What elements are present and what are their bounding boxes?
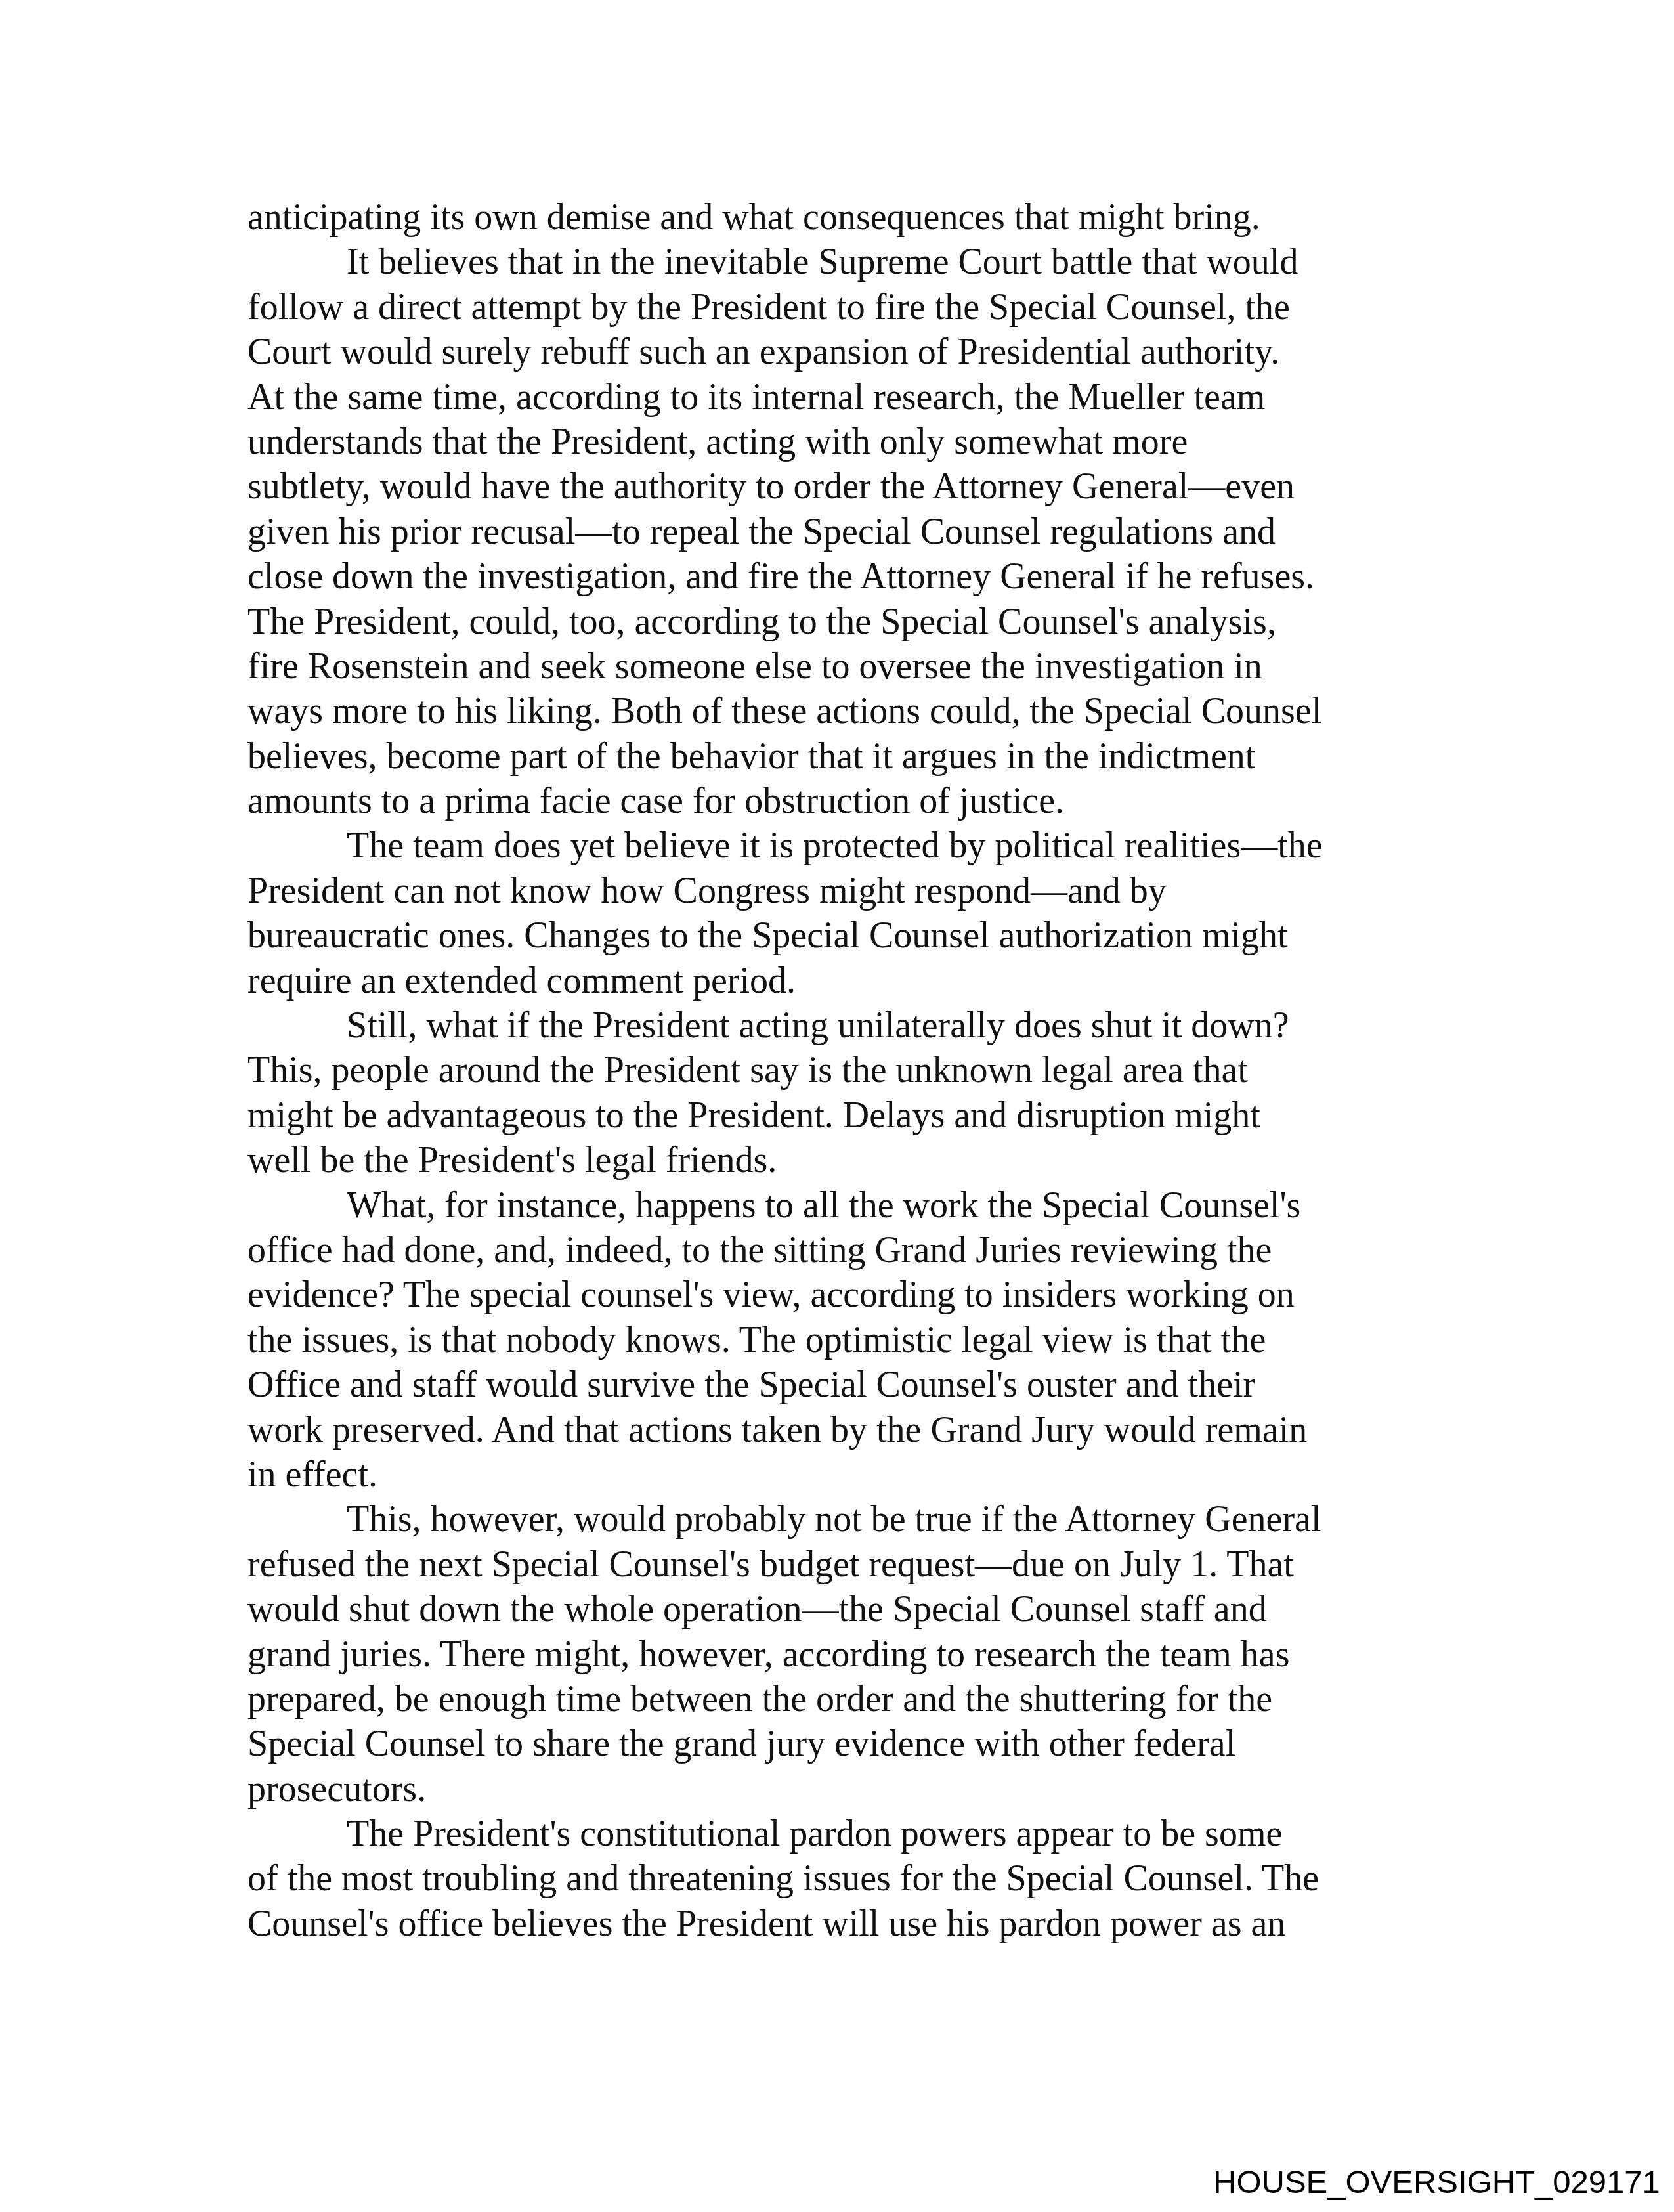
text-line: Counsel's office believes the President … [247, 1901, 1429, 1946]
document-page: anticipating its own demise and what con… [0, 0, 1674, 2212]
text-line: of the most troubling and threatening is… [247, 1856, 1429, 1901]
text-line: believes, become part of the behavior th… [247, 734, 1429, 779]
text-line: This, however, would probably not be tru… [247, 1497, 1429, 1542]
text-line: work preserved. And that actions taken b… [247, 1408, 1429, 1452]
text-line: prosecutors. [247, 1767, 1429, 1811]
text-line: understands that the President, acting w… [247, 420, 1429, 464]
text-line: would shut down the whole operation—the … [247, 1587, 1429, 1632]
text-line: the issues, is that nobody knows. The op… [247, 1318, 1429, 1362]
text-line: At the same time, according to its inter… [247, 375, 1429, 420]
text-line: grand juries. There might, however, acco… [247, 1632, 1429, 1677]
text-line: amounts to a prima facie case for obstru… [247, 779, 1429, 823]
bates-number-stamp: HOUSE_OVERSIGHT_029171 [1213, 2164, 1660, 2201]
text-line: The team does yet believe it is protecte… [247, 823, 1429, 868]
text-line: in effect. [247, 1452, 1429, 1497]
text-line: require an extended comment period. [247, 959, 1429, 1003]
text-line: The President, could, too, according to … [247, 599, 1429, 644]
text-line: What, for instance, happens to all the w… [247, 1183, 1429, 1228]
text-line: prepared, be enough time between the ord… [247, 1677, 1429, 1722]
text-line: Court would surely rebuff such an expans… [247, 330, 1429, 374]
text-line: close down the investigation, and fire t… [247, 554, 1429, 599]
text-line: This, people around the President say is… [247, 1048, 1429, 1093]
body-text: anticipating its own demise and what con… [247, 195, 1429, 1946]
text-line: anticipating its own demise and what con… [247, 195, 1429, 240]
text-line: ways more to his liking. Both of these a… [247, 689, 1429, 733]
text-line: fire Rosenstein and seek someone else to… [247, 644, 1429, 689]
text-line: well be the President's legal friends. [247, 1138, 1429, 1182]
text-line: refused the next Special Counsel's budge… [247, 1542, 1429, 1587]
text-line: subtlety, would have the authority to or… [247, 464, 1429, 509]
text-line: given his prior recusal—to repeal the Sp… [247, 510, 1429, 554]
text-line: follow a direct attempt by the President… [247, 285, 1429, 330]
text-line: evidence? The special counsel's view, ac… [247, 1272, 1429, 1317]
text-line: Still, what if the President acting unil… [247, 1003, 1429, 1048]
text-line: office had done, and, indeed, to the sit… [247, 1228, 1429, 1272]
text-line: might be advantageous to the President. … [247, 1093, 1429, 1138]
text-line: Office and staff would survive the Speci… [247, 1362, 1429, 1407]
text-line: It believes that in the inevitable Supre… [247, 240, 1429, 284]
text-line: President can not know how Congress migh… [247, 869, 1429, 913]
text-line: Special Counsel to share the grand jury … [247, 1722, 1429, 1766]
text-line: The President's constitutional pardon po… [247, 1811, 1429, 1856]
text-line: bureaucratic ones. Changes to the Specia… [247, 913, 1429, 958]
